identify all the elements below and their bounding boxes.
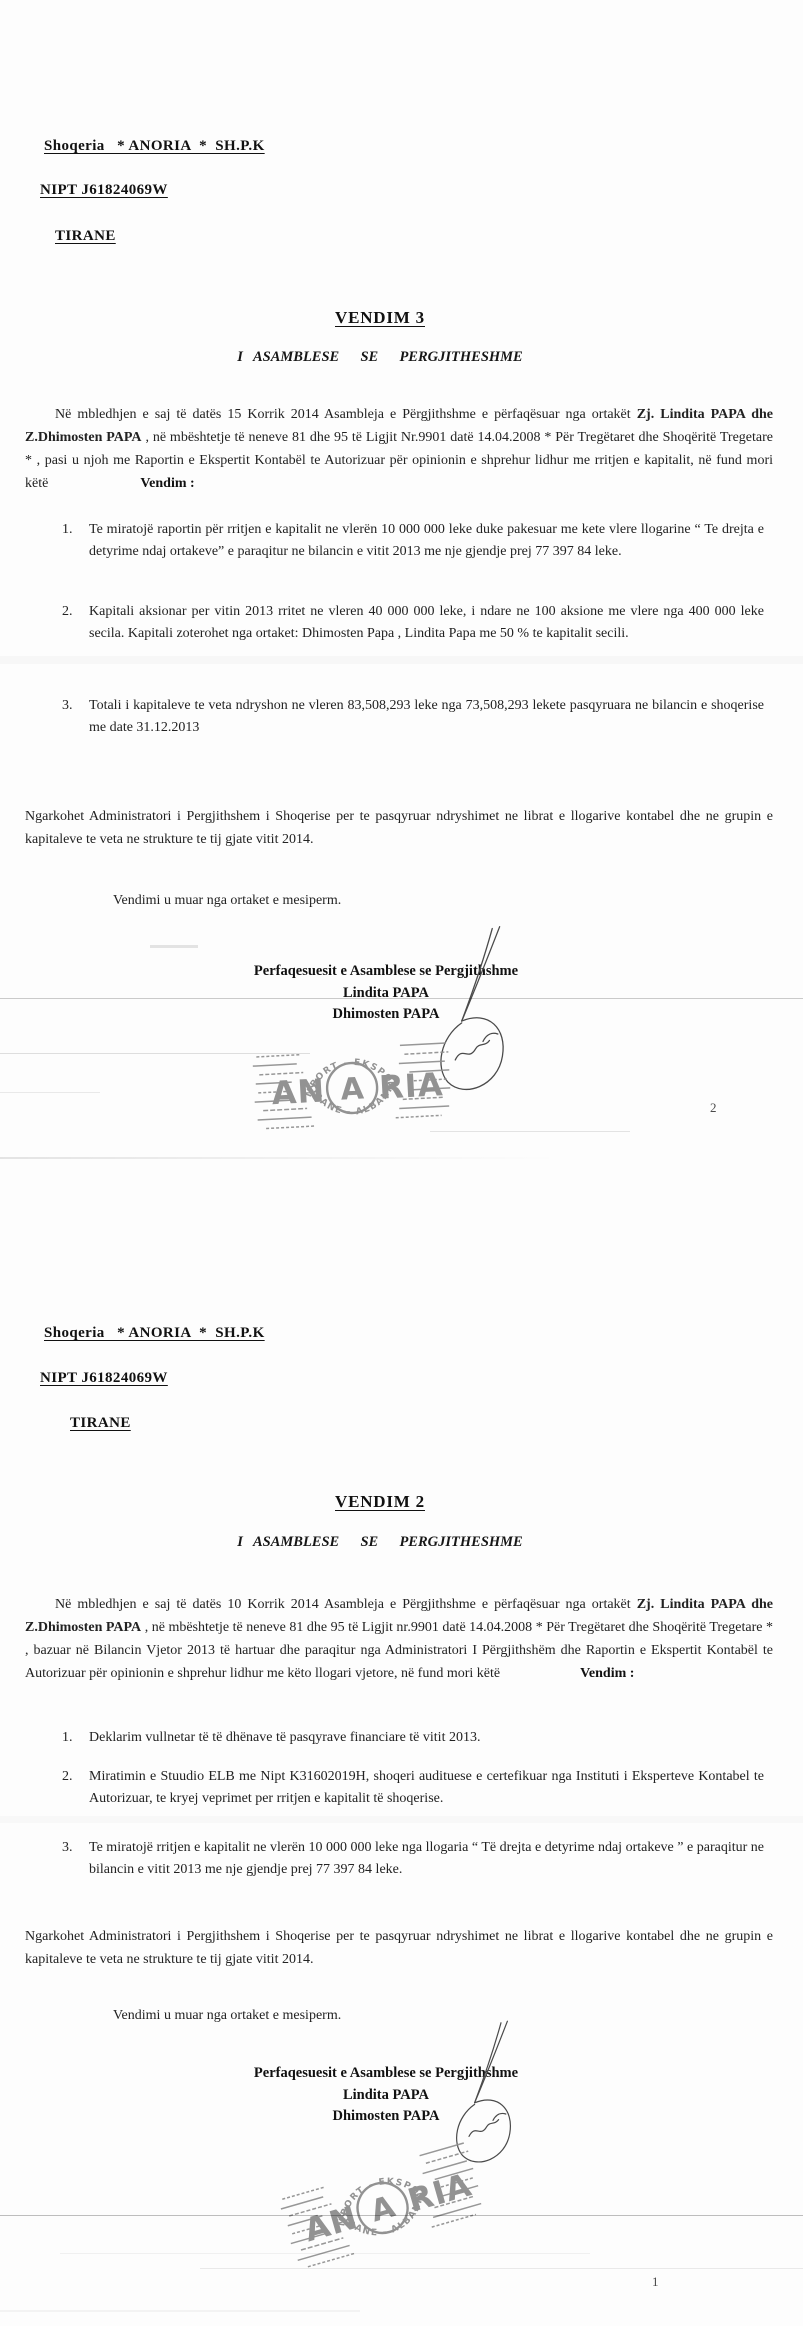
decision-item-2-p1: 2. Kapitali aksionar per vitin 2013 rrit… bbox=[62, 601, 764, 645]
company-stamp-p1: AN A RIA IMPORT - EKSPORT TIRANE - ALBAN… bbox=[250, 1031, 455, 1141]
scanned-document: Shoqeria * ANORIA * SH.P.K NIPT J6182406… bbox=[0, 0, 803, 2326]
intro-text-pre-p2: Në mbledhjen e saj të datës 10 Korrik 20… bbox=[55, 1597, 637, 1612]
vendim-label-p2: Vendim : bbox=[550, 1662, 634, 1685]
scan-artifact bbox=[0, 1157, 560, 1159]
decision-title-p1: VENDIM 3 bbox=[0, 308, 760, 328]
scan-artifact bbox=[0, 1092, 100, 1093]
company-city-p2: TIRANE bbox=[70, 1415, 131, 1432]
decision-title-p2: VENDIM 2 bbox=[0, 1492, 760, 1512]
item-number: 1. bbox=[62, 519, 89, 563]
signature-name-lindita-p1: Lindita PAPA bbox=[230, 983, 542, 1005]
item-text: Kapitali aksionar per vitin 2013 rritet … bbox=[89, 601, 764, 645]
signature-block-p1: Perfaqesuesit e Asamblese se Pergjithshm… bbox=[230, 961, 542, 1026]
decision-item-1-p1: 1. Te miratojë raportin për rritjen e ka… bbox=[62, 519, 764, 563]
item-number: 1. bbox=[62, 1727, 89, 1749]
item-text: Miratimin e Stuudio ELB me Nipt K3160201… bbox=[89, 1766, 764, 1810]
intro-paragraph-p2: Në mbledhjen e saj të datës 10 Korrik 20… bbox=[25, 1593, 773, 1685]
item-number: 3. bbox=[62, 1837, 89, 1881]
signature-title-p2: Perfaqesuesit e Asamblese se Pergjithshm… bbox=[230, 2063, 542, 2085]
company-name-p2: Shoqeria * ANORIA * SH.P.K bbox=[44, 1325, 265, 1342]
signature-name-lindita-p2: Lindita PAPA bbox=[230, 2085, 542, 2107]
signature-title-p1: Perfaqesuesit e Asamblese se Pergjithshm… bbox=[230, 961, 542, 983]
decision-item-3-p2: 3. Te miratojë rritjen e kapitalit ne vl… bbox=[62, 1837, 764, 1881]
intro-paragraph-p1: Në mbledhjen e saj të datës 15 Korrik 20… bbox=[25, 403, 773, 495]
scan-artifact bbox=[0, 656, 803, 664]
item-text: Te miratojë raportin për rritjen e kapit… bbox=[89, 519, 764, 563]
item-text: Te miratojë rritjen e kapitalit ne vlerë… bbox=[89, 1837, 764, 1881]
item-number: 2. bbox=[62, 601, 89, 645]
signature-block-p2: Perfaqesuesit e Asamblese se Pergjithshm… bbox=[230, 2063, 542, 2128]
decision-item-2-p2: 2. Miratimin e Stuudio ELB me Nipt K3160… bbox=[62, 1766, 764, 1810]
company-city-p1: TIRANE bbox=[55, 228, 116, 245]
scan-artifact bbox=[0, 1816, 803, 1823]
closing-line-p1: Vendimi u muar nga ortaket e mesiperm. bbox=[113, 893, 341, 909]
intro-text-pre-p1: Në mbledhjen e saj të datës 15 Korrik 20… bbox=[55, 407, 637, 422]
item-number: 2. bbox=[62, 1766, 89, 1810]
decision-title-text-p1: VENDIM 3 bbox=[335, 308, 425, 327]
decision-title-text-p2: VENDIM 2 bbox=[335, 1492, 425, 1511]
scan-artifact bbox=[200, 2268, 803, 2269]
decision-item-1-p2: 1. Deklarim vullnetar të të dhënave të p… bbox=[62, 1727, 764, 1749]
charge-paragraph-p1: Ngarkohet Administratori i Pergjithshem … bbox=[25, 805, 773, 851]
scan-artifact bbox=[0, 2310, 360, 2312]
vendim-label-p1: Vendim : bbox=[110, 472, 194, 495]
company-nipt-p1: NIPT J61824069W bbox=[40, 182, 168, 199]
page-number-p2: 1 bbox=[652, 2274, 659, 2290]
item-text: Deklarim vullnetar të të dhënave të pasq… bbox=[89, 1727, 764, 1749]
scan-artifact bbox=[430, 1131, 630, 1132]
item-number: 3. bbox=[62, 695, 89, 739]
signature-name-dhimosten-p2: Dhimosten PAPA bbox=[230, 2106, 542, 2128]
decision-item-3-p1: 3. Totali i kapitaleve te veta ndryshon … bbox=[62, 695, 764, 739]
charge-paragraph-p2: Ngarkohet Administratori i Pergjithshem … bbox=[25, 1925, 773, 1971]
company-nipt-p2: NIPT J61824069W bbox=[40, 1370, 168, 1387]
decision-subtitle-p1: I ASAMBLESE SE PERGJITHESHME bbox=[0, 349, 760, 366]
stamp-center-letter: A bbox=[367, 2189, 400, 2229]
company-stamp-p2: AN A RIA IMPORT - EKSPORT TIRANE - ALBAN… bbox=[272, 2130, 492, 2281]
stamp-center-letter: A bbox=[340, 1071, 366, 1107]
decision-subtitle-p2: I ASAMBLESE SE PERGJITHESHME bbox=[0, 1534, 760, 1551]
page-number-p1: 2 bbox=[710, 1100, 717, 1116]
closing-line-p2: Vendimi u muar nga ortaket e mesiperm. bbox=[113, 2008, 341, 2024]
company-name-p1: Shoqeria * ANORIA * SH.P.K bbox=[44, 138, 265, 155]
item-text: Totali i kapitaleve te veta ndryshon ne … bbox=[89, 695, 764, 739]
signature-name-dhimosten-p1: Dhimosten PAPA bbox=[230, 1004, 542, 1026]
scan-artifact bbox=[150, 945, 198, 948]
